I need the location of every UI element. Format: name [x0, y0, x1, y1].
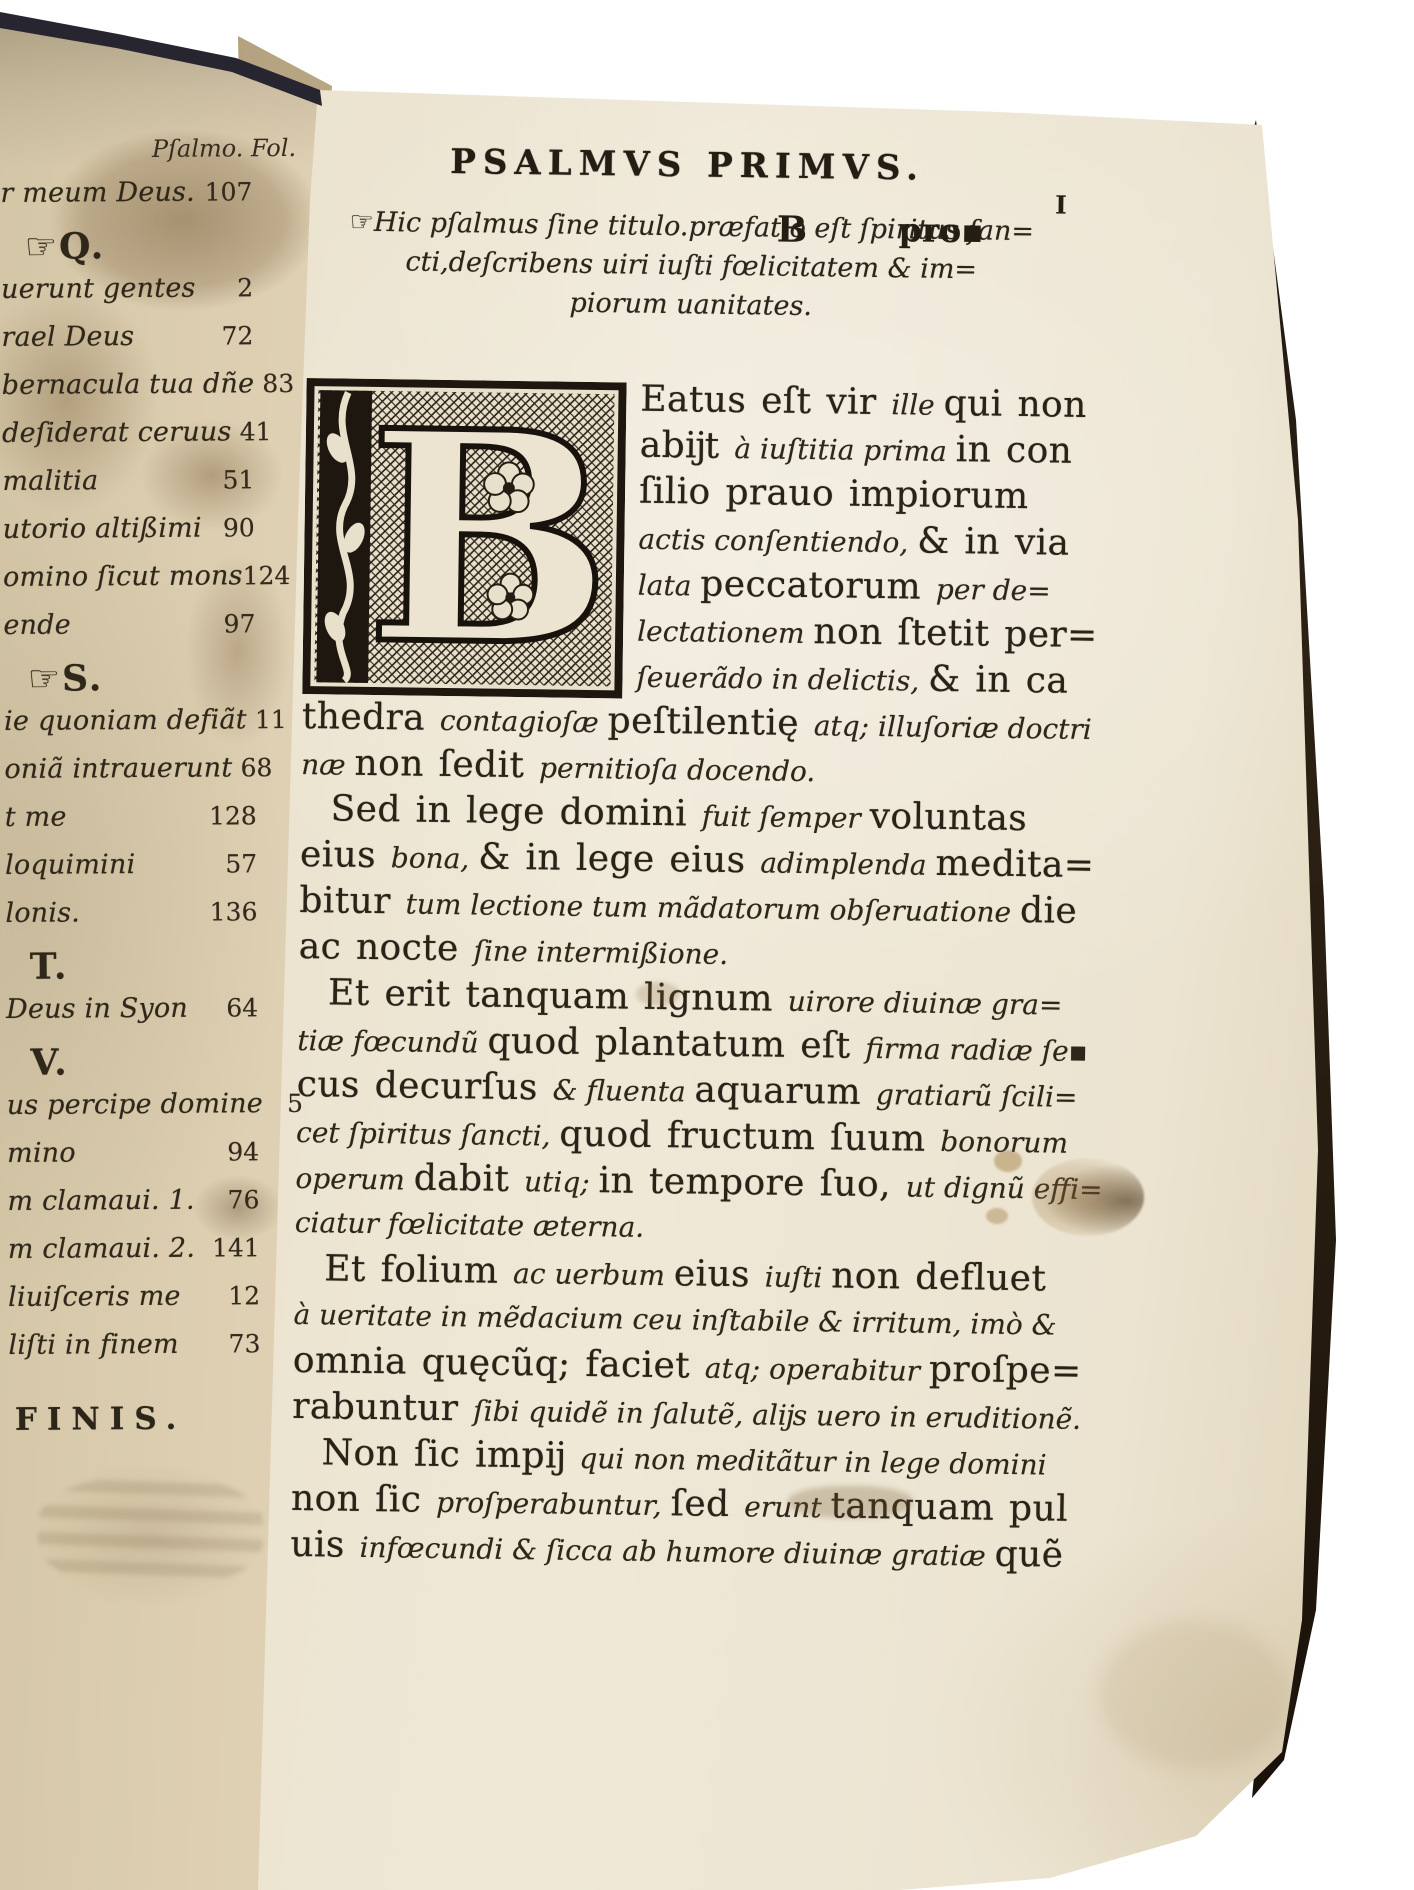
text-segment: die — [1020, 890, 1078, 932]
text-segment: uis — [290, 1524, 360, 1566]
text-segment: tum lectione tum mãdatorum obſeruatione — [405, 887, 1020, 929]
text-segment: eius — [674, 1253, 765, 1295]
index-entry-title: t me — [5, 802, 67, 833]
text-segment: in con — [955, 429, 1072, 472]
paragraph: Et erit tanquam lignum uirore diuinæ gra… — [295, 970, 1091, 1257]
text-segment: operum — [295, 1162, 414, 1197]
index-entry-row: uerunt gentes2 — [1, 272, 253, 322]
text-segment: lata — [638, 569, 701, 603]
index-entry-number: 73 — [220, 1329, 260, 1358]
ink-bleedthrough — [38, 1478, 263, 1586]
index-entry-row: ie quoniam defiãt11 — [4, 704, 256, 754]
index-entry-title: omino ſicut mons — [3, 560, 243, 593]
text-segment: iuſti — [765, 1260, 832, 1294]
text-segment: aquarum — [694, 1069, 876, 1113]
index-entry-title: utorio altißimi — [3, 513, 202, 545]
text-segment: non defluet — [831, 1255, 1047, 1299]
text-segment: atq; operabitur — [705, 1352, 930, 1388]
paragraph: Non ſic impĳ qui non meditãtur in lege d… — [290, 1430, 1084, 1579]
index-entry-title: m clamaui. 2. — [8, 1233, 196, 1265]
index-entry-row: oniã intrauerunt68 — [4, 752, 256, 802]
index-section-heading: ☞S. — [4, 656, 256, 706]
paragraph: Sed in lege domini fuit ſemper voluntase… — [298, 786, 1092, 981]
text-segment: non ſtetit per= — [813, 611, 1098, 656]
text-segment: quod fructum ſuum — [559, 1114, 941, 1160]
text-segment: cet ſpiritus ſancti, — [296, 1116, 560, 1153]
index-entry-row: mino94 — [7, 1136, 259, 1186]
text-segment: medita= — [935, 843, 1094, 886]
text-segment: fuit ſemper — [702, 800, 870, 835]
text-segment: omnia quęcũq; faciet — [293, 1340, 706, 1387]
index-entry-title: r meum Deus. — [0, 177, 195, 209]
index-entry-number: 76 — [219, 1185, 259, 1214]
index-section-heading: ☞Q. — [1, 224, 253, 274]
index-entry-title: Deus in Syon — [6, 993, 188, 1025]
text-segment: lectationem — [637, 615, 814, 650]
index-entry-title: rael Deus — [1, 321, 134, 353]
index-entry-title: loquimini — [5, 849, 135, 881]
index-entry-number: 136 — [210, 897, 258, 926]
text-segment: infœcundi & ſicca ab humore diuinæ grati… — [359, 1531, 994, 1573]
index-entry-number: 94 — [219, 1137, 259, 1166]
index-entry-title: bernacula tua dñe — [2, 368, 255, 401]
index-entry-title: T. — [30, 946, 69, 988]
text-segment: cus decurſus — [297, 1064, 553, 1109]
index-entry-number: 128 — [209, 801, 257, 830]
index-entry-number: 57 — [217, 849, 257, 878]
index-entry-row: m clamaui. 2.141 — [8, 1232, 260, 1282]
text-segment: voluntas — [869, 796, 1027, 839]
index-entry-row: utorio altißimi90 — [3, 512, 255, 562]
text-segment: atq; illuſoriæ doctri — [814, 709, 1092, 746]
text-segment: à ueritate in mẽdacium ceu inſtabile & i… — [293, 1298, 1056, 1342]
text-segment: à iuſtitia prima — [734, 432, 956, 468]
text-segment: tanquam pul — [830, 1485, 1068, 1529]
text-segment: Et erit tanquam lignum — [328, 972, 788, 1019]
index-entry-title: oniã intrauerunt — [4, 752, 232, 785]
text-segment: non ſedit — [354, 743, 539, 787]
text-segment: ſine intermißione. — [473, 934, 728, 971]
text-segment: Eatus eſt vir — [640, 379, 892, 424]
text-segment: tiæ fœcundũ — [297, 1024, 488, 1060]
index-entry-row: malitia51 — [2, 464, 254, 514]
index-entry-row: omino ſicut mons124 — [3, 560, 255, 610]
text-segment: actis conſentiendo, — [638, 523, 917, 560]
index-entry-row: us percipe domine5 — [7, 1088, 259, 1138]
text-segment: qui non — [943, 383, 1087, 426]
index-entry-number: 83 — [254, 369, 294, 398]
text-segment: erunt — [744, 1490, 831, 1524]
text-segment: & in via — [917, 521, 1070, 564]
signature-mark: B — [777, 209, 808, 251]
text-segment: rabuntur — [292, 1386, 474, 1430]
index-entry-number: 68 — [232, 753, 272, 782]
index-section-heading: T. — [6, 944, 258, 994]
text-segment: Sed in lege domini — [330, 788, 702, 834]
index-entry-title: mino — [7, 1137, 76, 1168]
text-segment: uirore diuinæ gra= — [788, 985, 1063, 1022]
text-segment: ac uerbum — [513, 1257, 674, 1292]
index-entry-number: 64 — [218, 993, 258, 1022]
book-photo: Pſalmo. Fol. r meum Deus.107☞Q.uerunt ge… — [0, 0, 1414, 1890]
index-entry-row: lonis.136 — [5, 896, 257, 946]
text-segment: eius — [300, 834, 391, 876]
index-entry-number: 72 — [213, 321, 253, 350]
drop-cap-woodcut: B — [302, 378, 626, 698]
text-segment: ſibi quidẽ in ſalutẽ, alĳs uero in erudi… — [473, 1394, 1081, 1435]
index-entry-title: m clamaui. 1. — [7, 1185, 195, 1217]
index-entry-title: V. — [30, 1042, 68, 1084]
catchword: pro▪ — [899, 210, 984, 250]
text-segment: per de= — [936, 573, 1051, 608]
index-entry-number: 141 — [212, 1233, 260, 1262]
index-entry-row: liſti in finem73 — [8, 1328, 260, 1378]
text-segment: & fluenta — [552, 1074, 694, 1109]
text-segment: ciatur fœlicitate æterna. — [295, 1206, 645, 1244]
text-segment: bona, — [391, 841, 479, 875]
text-segment: Non ſic impĳ — [321, 1432, 579, 1477]
index-entry-number: 51 — [214, 465, 254, 494]
index-entry-title: deſiderat ceruus — [2, 416, 232, 449]
index-entry-title: malitia — [2, 465, 98, 497]
index-entry-row: loquimini57 — [5, 848, 257, 898]
index-entry-row: r meum Deus.107 — [0, 176, 252, 226]
psalm-body: B Eatus eſt vir ille qui nonabĳt à iuſti… — [290, 372, 1099, 1579]
left-index: Pſalmo. Fol. r meum Deus.107☞Q.uerunt ge… — [0, 134, 261, 1438]
text-segment: ſilio prauo impiorum — [639, 471, 1029, 517]
text-segment: & in lege eius — [478, 836, 761, 881]
text-segment: qui non meditãtur in lege domini — [579, 1442, 1047, 1482]
text-segment: non ſic — [291, 1478, 437, 1521]
text-segment: quẽ — [994, 1534, 1063, 1576]
text-segment: gratiarũ ſcili= — [876, 1078, 1078, 1114]
text-segment: Et folium — [324, 1248, 514, 1292]
text-segment: firma radiæ ſe▪ — [865, 1032, 1088, 1068]
index-entry-title: ende — [3, 610, 71, 641]
index-entry-row: rael Deus72 — [1, 320, 253, 370]
index-entry-row: deſiderat ceruus41 — [2, 416, 254, 466]
text-segment: pernitioſa docendo. — [539, 751, 816, 788]
index-entry-title: liuiſceris me — [8, 1281, 181, 1313]
index-entry-number: 107 — [205, 177, 253, 206]
paragraph: Et folium ac uerbum eius iuſti non deflu… — [292, 1246, 1086, 1441]
text-segment: bitur — [299, 880, 406, 922]
index-entry-row: liuiſceris me12 — [8, 1280, 260, 1330]
index-entry-number: 11 — [247, 705, 287, 734]
text-segment: ſed — [670, 1483, 744, 1525]
psalm-page: PSALMVS PRIMVS. I ☞Hic pſalmus ſine titu… — [306, 140, 1098, 269]
text-segment: peſtilentię — [607, 700, 814, 744]
text-segment: ut dignũ effi= — [906, 1170, 1103, 1206]
index-section-heading: V. — [6, 1040, 258, 1090]
index-entry-number: 90 — [215, 513, 255, 542]
index-entry-number: 41 — [231, 417, 271, 446]
index-entry-title: uerunt gentes — [1, 273, 196, 305]
finis-label: FINIS. — [15, 1400, 261, 1438]
text-segment: proſpe= — [929, 1349, 1082, 1392]
text-segment: proſperabuntur, — [436, 1486, 671, 1522]
index-entry-row: m clamaui. 1.76 — [7, 1184, 259, 1234]
index-entry-title: us percipe domine — [7, 1088, 263, 1121]
index-rows: r meum Deus.107☞Q.uerunt gentes2rael Deu… — [0, 176, 260, 1378]
index-entry-row: Deus in Syon64 — [6, 992, 258, 1042]
text-segment: utiq; — [524, 1165, 599, 1199]
index-column-header: Pſalmo. Fol. — [0, 134, 296, 170]
text-segment: ille — [891, 388, 944, 422]
index-entry-title: ☞Q. — [25, 225, 106, 268]
text-segment: ac nocte — [298, 926, 473, 969]
text-segment: adimplenda — [760, 846, 936, 881]
index-entry-title: lonis. — [5, 897, 80, 929]
index-entry-row: t me128 — [5, 800, 257, 850]
text-segment: peccatorum — [700, 564, 936, 608]
text-segment: ſeuerãdo in delictis, — [636, 661, 928, 698]
index-entry-title: liſti in finem — [8, 1329, 179, 1361]
signature-line: B pro▪ — [306, 202, 1097, 269]
text-segment: quod plantatum eſt — [487, 1021, 865, 1067]
paragraph: B Eatus eſt vir ille qui nonabĳt à iuſti… — [301, 372, 1099, 797]
text-segment: abĳt — [639, 425, 734, 467]
index-entry-number: 124 — [243, 561, 291, 590]
index-entry-row: ende97 — [3, 608, 255, 658]
text-segment: dabit — [413, 1158, 524, 1201]
index-entry-title: ie quoniam defiãt — [4, 704, 247, 737]
index-entry-number: 97 — [215, 609, 255, 638]
index-entry-row: bernacula tua dñe83 — [2, 368, 254, 418]
text-segment: bonorum — [940, 1125, 1068, 1160]
index-entry-title: ☞S. — [28, 657, 104, 700]
text-segment: næ — [301, 748, 355, 782]
text-segment: contagioſæ — [440, 704, 608, 739]
drop-cap-letter: B — [364, 378, 614, 698]
index-entry-number: 12 — [220, 1281, 260, 1310]
text-segment: & in ca — [928, 659, 1069, 702]
text-segment: thedra — [302, 696, 440, 739]
text-segment: in tempore ſuo, — [598, 1160, 906, 1205]
index-entry-number: 2 — [213, 273, 253, 302]
